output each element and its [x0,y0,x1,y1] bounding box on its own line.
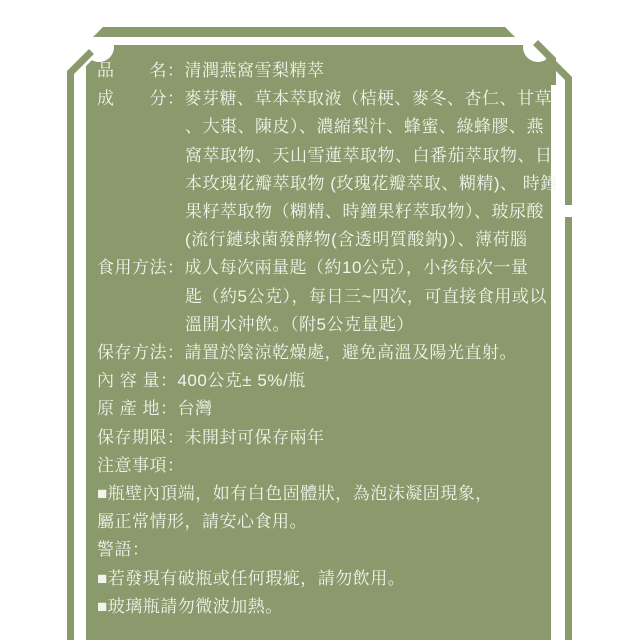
page-background: 品 名：清潤燕窩雪梨精萃 成 分：麥芽糖、草本萃取液（桔梗、麥冬、杏仁、甘草 、… [0,0,640,640]
line-net-content: 內 容 量：400公克± 5%/瓶 [97,367,545,395]
label-text: 品 名：清潤燕窩雪梨精萃 成 分：麥芽糖、草本萃取液（桔梗、麥冬、杏仁、甘草 、… [97,57,545,621]
line-ingredients-2: 、大棗、陳皮）、濃縮梨汁、蜂蜜、綠蜂膠、燕 [97,113,545,141]
line-warning-1: ■若發現有破瓶或任何瑕疵，請勿飲用。 [97,565,545,593]
line-precaution-1: ■瓶壁內頂端，如有白色固體狀，為泡沫凝固現象， [97,480,545,508]
line-ingredients-6: (流行鏈球菌發酵物(含透明質酸鈉)）、薄荷腦 [97,226,545,254]
line-ingredients-4: 本玫瑰花瓣萃取物 (玫瑰花瓣萃取、糊精)、 時鐘 [97,170,545,198]
line-product-name: 品 名：清潤燕窩雪梨精萃 [97,57,545,85]
line-warning-header: 警語： [97,536,545,564]
frame-top-band [93,27,515,37]
line-warning-2: ■玻璃瓶請勿微波加熱。 [97,593,545,621]
line-ingredients-5: 果籽萃取物（糊精、時鐘果籽萃取物）、玻尿酸 [97,198,545,226]
line-ingredients-3: 窩萃取物、天山雪蓮萃取物、白番茄萃取物、日 [97,142,545,170]
line-usage-2: 匙（約5公克），每日三~四次，可直接食用或以 [97,283,545,311]
line-origin: 原 產 地：台灣 [97,395,545,423]
line-storage-method: 保存方法：請置於陰涼乾燥處，避免高溫及陽光直射。 [97,339,545,367]
line-shelf-life: 保存期限：未開封可保存兩年 [97,424,545,452]
line-usage-3: 溫開水沖飲。（附5公克量匙） [97,311,545,339]
line-precaution-2: 屬正常情形，請安心食用。 [97,508,545,536]
line-usage-1: 食用方法：成人每次兩量匙（約10公克），小孩每次一量 [97,254,545,282]
line-precautions-header: 注意事項： [97,452,545,480]
frame-right-line-bottom [565,217,572,640]
line-ingredients-1: 成 分：麥芽糖、草本萃取液（桔梗、麥冬、杏仁、甘草 [97,85,545,113]
